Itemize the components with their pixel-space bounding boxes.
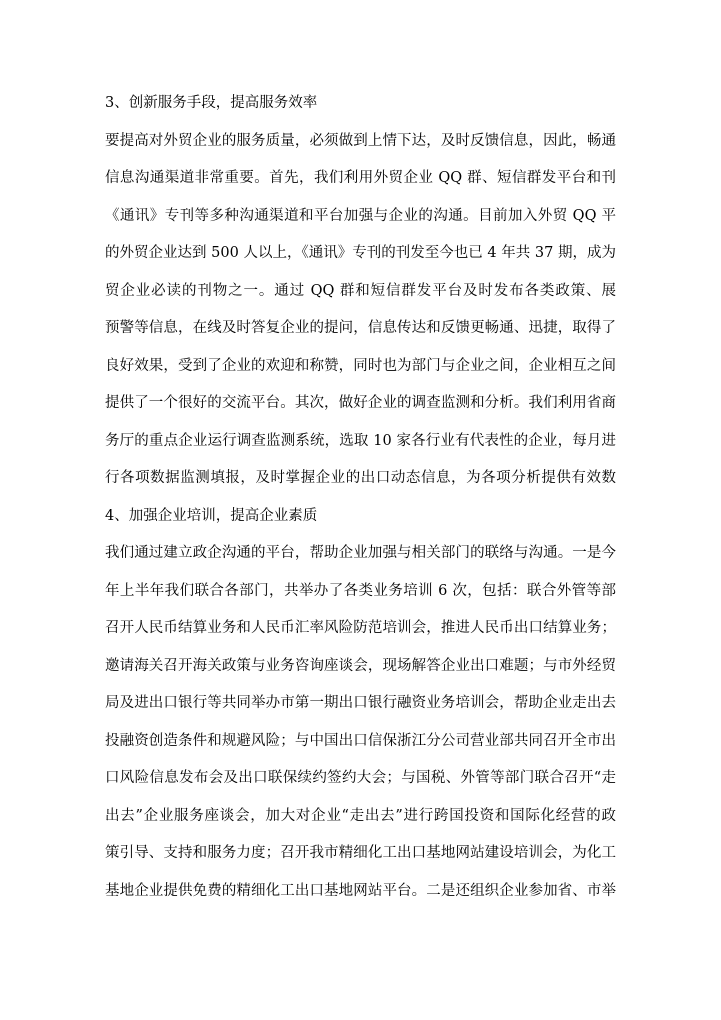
document-page: 3、创新服务手段，提高服务效率 要提高对外贸企业的服务质量，必须做到上情下达，及… [0, 0, 721, 1020]
document-text-block: 3、创新服务手段，提高服务效率 要提高对外贸企业的服务质量，必须做到上情下达，及… [105, 85, 616, 910]
paragraph-line: 预警等信息，在线及时答复企业的提问，信息传达和反馈更畅通、迅捷，取得了 [105, 310, 616, 348]
section-heading-4: 4、加强企业培训，提高企业素质 [105, 498, 616, 536]
paragraph-line: 我们通过建立政企沟通的平台，帮助企业加强与相关部门的联络与沟通。一是今 [105, 535, 616, 573]
paragraph-line: 邀请海关召开海关政策与业务咨询座谈会，现场解答企业出口难题；与市外经贸 [105, 648, 616, 686]
paragraph-line: 出去”企业服务座谈会，加大对企业“走出去”进行跨国投资和国际化经营的政 [105, 798, 616, 836]
paragraph-line: 年上半年我们联合各部门，共举办了各类业务培训 6 次，包括：联合外管等部门 [105, 573, 616, 611]
paragraph-line: 《通讯》专刊等多种沟通渠道和平台加强与企业的沟通。目前加入外贸 QQ 平台 [105, 198, 616, 236]
paragraph-line: 提供了一个很好的交流平台。其次，做好企业的调查监测和分析。我们利用省商 [105, 385, 616, 423]
paragraph-line: 良好效果，受到了企业的欢迎和称赞，同时也为部门与企业之间，企业相互之间 [105, 348, 616, 386]
paragraph-line: 召开人民币结算业务和人民币汇率风险防范培训会，推进人民币出口结算业务； [105, 610, 616, 648]
paragraph-line: 局及进出口银行等共同举办市第一期出口银行融资业务培训会，帮助企业走出去 [105, 685, 616, 723]
paragraph-line: 口风险信息发布会及出口联保续约签约大会；与国税、外管等部门联合召开“走 [105, 760, 616, 798]
paragraph-line: 贸企业必读的刊物之一。通过 QQ 群和短信群发平台及时发布各类政策、展会、 [105, 273, 616, 311]
paragraph-line: 行各项数据监测填报，及时掌握企业的出口动态信息，为各项分析提供有效数据。 [105, 460, 616, 498]
paragraph-line: 的外贸企业达到 500 人以上，《通讯》专刊的刊发至今也已 4 年共 37 期，… [105, 235, 616, 273]
paragraph-line: 投融资创造条件和规避风险；与中国出口信保浙江分公司营业部共同召开全市出 [105, 723, 616, 761]
paragraph-line: 策引导、支持和服务力度；召开我市精细化工出口基地网站建设培训会，为化工 [105, 835, 616, 873]
paragraph-line: 要提高对外贸企业的服务质量，必须做到上情下达，及时反馈信息，因此，畅通 [105, 123, 616, 161]
section-heading-3: 3、创新服务手段，提高服务效率 [105, 85, 616, 123]
paragraph-line: 务厅的重点企业运行调查监测系统，选取 10 家各行业有代表性的企业，每月进 [105, 423, 616, 461]
paragraph-line: 信息沟通渠道非常重要。首先，我们利用外贸企业 QQ 群、短信群发平台和刊发 [105, 160, 616, 198]
paragraph-line: 基地企业提供免费的精细化工出口基地网站平台。二是还组织企业参加省、市举 [105, 873, 616, 911]
